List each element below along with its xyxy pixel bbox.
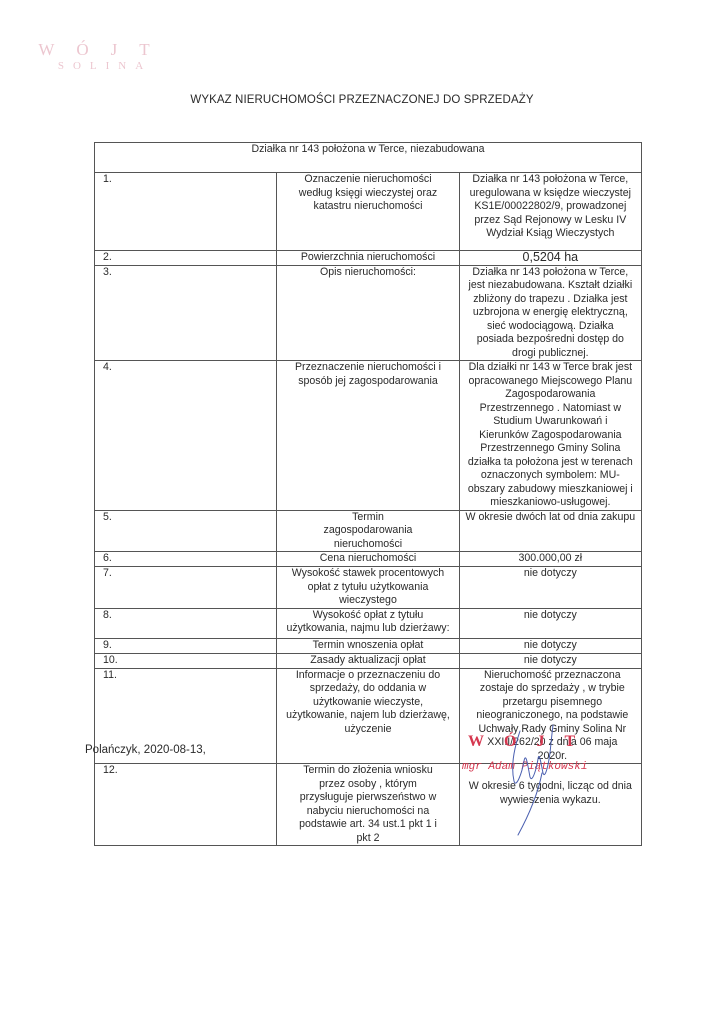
- row-number: 3.: [95, 265, 277, 361]
- table-row: 6. Cena nieruchomości 300.000,00 zł: [95, 552, 642, 567]
- row-label: Wysokość stawek procentowych opłat z tyt…: [277, 567, 459, 609]
- row-value: nie dotyczy: [459, 567, 641, 609]
- row-label: Termin do złożenia wniosku przez osoby ,…: [277, 764, 459, 846]
- place-and-date: Polańczyk, 2020-08-13,: [85, 744, 206, 756]
- handwritten-signature-icon: [490, 723, 570, 838]
- row-label: Wysokość opłat z tytułu użytkowania, naj…: [277, 608, 459, 638]
- table-row: 10. Zasady aktualizacji opłat nie dotycz…: [95, 653, 642, 668]
- table-row: 1. Oznaczenie nieruchomości według księg…: [95, 173, 642, 251]
- row-value: Dla działki nr 143 w Terce brak jest opr…: [459, 361, 641, 511]
- row-label: Oznaczenie nieruchomości według księgi w…: [277, 173, 459, 251]
- row-number: 10.: [95, 653, 277, 668]
- row-value: nie dotyczy: [459, 608, 641, 638]
- document-title: WYKAZ NIERUCHOMOŚCI PRZEZNACZONEJ DO SPR…: [0, 94, 724, 106]
- row-value: nie dotyczy: [459, 638, 641, 653]
- table-row: 8. Wysokość opłat z tytułu użytkowania, …: [95, 608, 642, 638]
- table-row: 9. Termin wnoszenia opłat nie dotyczy: [95, 638, 642, 653]
- row-label: Termin zagospodarowania nieruchomości: [277, 510, 459, 552]
- row-label: Informacje o przeznaczeniu do sprzedaży,…: [277, 668, 459, 764]
- row-number: 12.: [95, 764, 277, 846]
- faded-stamp-line2: SOLINA: [30, 60, 180, 72]
- row-number: 8.: [95, 608, 277, 638]
- row-value: 300.000,00 zł: [459, 552, 641, 567]
- table-row: 2. Powierzchnia nieruchomości 0,5204 ha: [95, 251, 642, 266]
- row-label: Opis nieruchomości:: [277, 265, 459, 361]
- row-value: Działka nr 143 położona w Terce, uregulo…: [459, 173, 641, 251]
- table-header: Działka nr 143 położona w Terce, niezabu…: [95, 143, 642, 173]
- table-row: 3. Opis nieruchomości: Działka nr 143 po…: [95, 265, 642, 361]
- row-value: W okresie dwóch lat od dnia zakupu: [459, 510, 641, 552]
- row-value: Działka nr 143 położona w Terce, jest ni…: [459, 265, 641, 361]
- row-value: nie dotyczy: [459, 653, 641, 668]
- row-number: 9.: [95, 638, 277, 653]
- faded-office-stamp: WÓJT SOLINA: [30, 40, 180, 72]
- row-number: 5.: [95, 510, 277, 552]
- row-number: 6.: [95, 552, 277, 567]
- row-label: Cena nieruchomości: [277, 552, 459, 567]
- row-number: 7.: [95, 567, 277, 609]
- table-row: 5. Termin zagospodarowania nieruchomości…: [95, 510, 642, 552]
- row-label: Powierzchnia nieruchomości: [277, 251, 459, 266]
- row-number: 2.: [95, 251, 277, 266]
- row-number: 1.: [95, 173, 277, 251]
- faded-stamp-line1: WÓJT: [30, 40, 180, 60]
- table-row: 7. Wysokość stawek procentowych opłat z …: [95, 567, 642, 609]
- row-value: 0,5204 ha: [459, 251, 641, 266]
- row-label: Zasady aktualizacji opłat: [277, 653, 459, 668]
- row-label: Termin wnoszenia opłat: [277, 638, 459, 653]
- table-row: 4. Przeznaczenie nieruchomości i sposób …: [95, 361, 642, 511]
- row-number: 4.: [95, 361, 277, 511]
- row-label: Przeznaczenie nieruchomości i sposób jej…: [277, 361, 459, 511]
- table-header-row: Działka nr 143 położona w Terce, niezabu…: [95, 143, 642, 173]
